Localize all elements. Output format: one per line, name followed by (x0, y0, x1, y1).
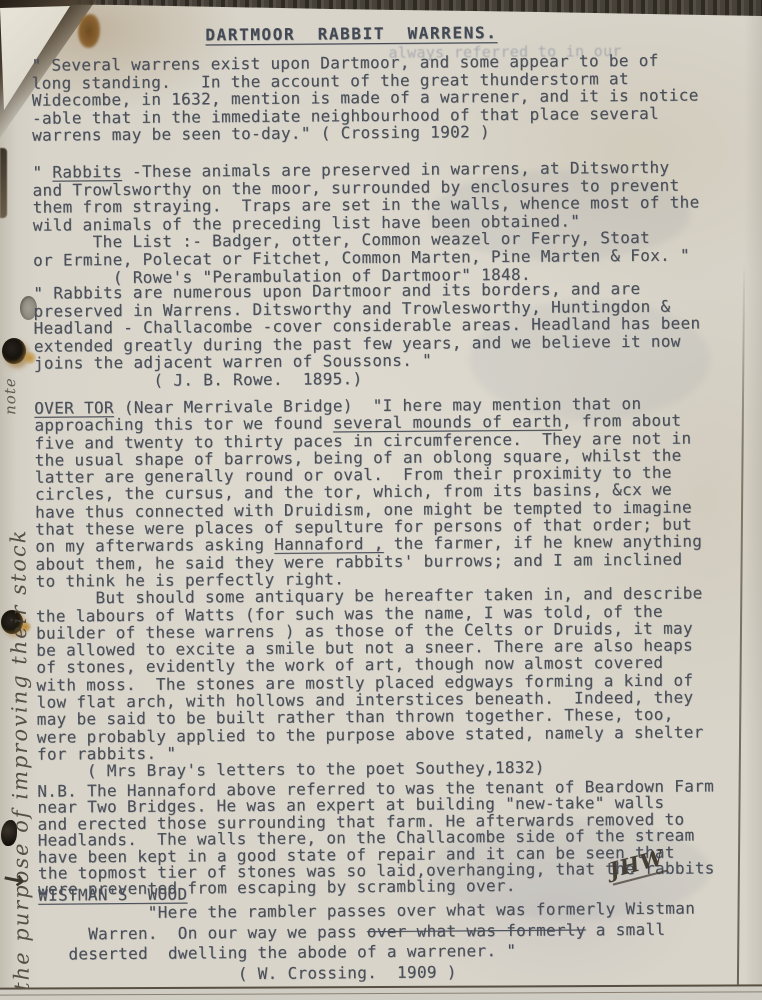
typed-text: a small (586, 919, 666, 939)
page-bottom-edge (0, 984, 762, 1000)
typed-text: " (32, 163, 52, 182)
doc-line: ( W. Crossing. 1909 ) (39, 960, 739, 986)
typed-text: ( W. Crossing. 1909 ) (39, 962, 457, 984)
wistmans-wood-quote: "Here the rambler passes over what was f… (38, 898, 739, 985)
rowe-1895-quote: " Rabbits are numerous upon Dartmoor and… (33, 279, 734, 390)
document-page: always referred to in our DARTMOOR RABBI… (0, 0, 762, 1000)
typed-text: deserted dwelling the abode of a warrene… (38, 941, 516, 964)
typed-content-layer: always referred to in our DARTMOOR RABBI… (0, 0, 762, 1000)
typed-text: ( J. B. Rowe. 1895.) (34, 369, 363, 391)
margin-note-word: note (1, 355, 19, 415)
page-right-shade (744, 0, 762, 1000)
page-bottom-edge-line (0, 991, 762, 995)
page-title: DARTMOOR RABBIT WARRENS. (205, 23, 497, 44)
doc-line: warrens may be seen to-day." ( Crossing … (32, 122, 732, 145)
underlined-text: Rabbits (52, 162, 122, 182)
rowe-1848-quote: " Rabbits -These animals are preserved i… (32, 158, 733, 287)
margin-note-vertical: the purpose of improving their stock (5, 371, 34, 991)
doc-line: ( J. B. Rowe. 1895.) (34, 367, 734, 390)
typed-text: Warren. On our way we pass (38, 922, 367, 944)
over-tor-section: OVER TOR (Near Merrivale Bridge) "I here… (34, 394, 737, 780)
underlined-text: WISTMAN'S WOOD (38, 885, 187, 905)
struck-text: over what was formerly (367, 920, 586, 941)
typed-text: warrens may be seen to-day." ( Crossing … (32, 123, 490, 146)
crossing-1902-quote: " Several warrens exist upon Dartmoor, a… (32, 51, 733, 144)
